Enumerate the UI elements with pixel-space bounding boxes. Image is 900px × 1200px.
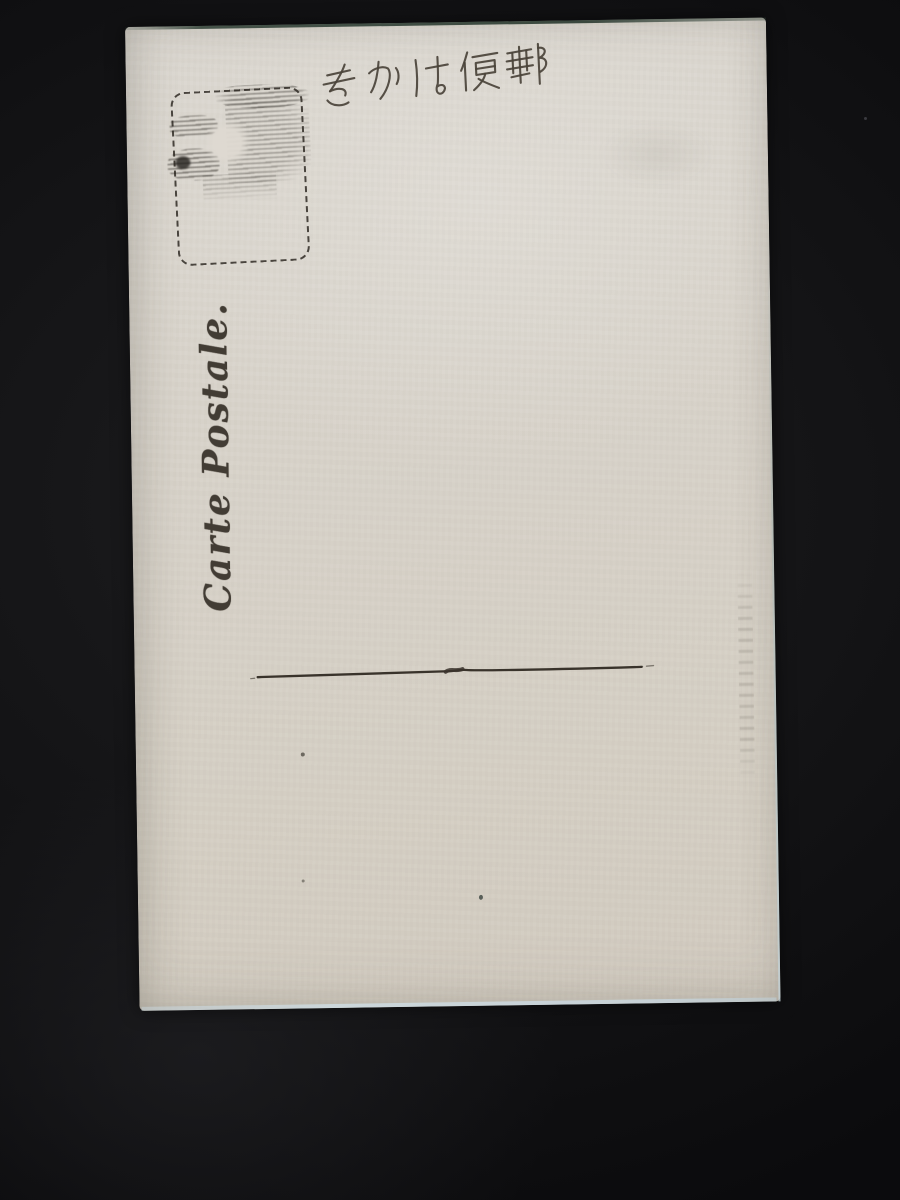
paper-speck [479, 895, 483, 900]
char-ki-drawing [323, 64, 356, 106]
paper-speck [302, 879, 305, 882]
card-edge-right [767, 195, 781, 1002]
faint-smudge [596, 118, 717, 190]
carte-postale-label: Carte Postale. [189, 315, 247, 612]
paper-speck [301, 752, 305, 756]
postcard: きかは便郵 [125, 17, 781, 1010]
char-ha-drawing [414, 56, 449, 96]
char-yu-drawing [506, 44, 547, 86]
print-offset-marks [737, 570, 755, 785]
header-text-drawing [310, 48, 566, 124]
divider-line-drawing [249, 650, 660, 696]
stamp-box [170, 86, 310, 266]
char-ka-drawing [369, 61, 400, 99]
char-bin-drawing [460, 51, 499, 91]
card-edge-bottom [142, 997, 777, 1010]
photo-background: きかは便郵 [0, 0, 900, 1200]
dust-speck [864, 117, 867, 120]
stamp-smudge-streaks [202, 172, 277, 204]
card-edge-top [125, 17, 766, 30]
